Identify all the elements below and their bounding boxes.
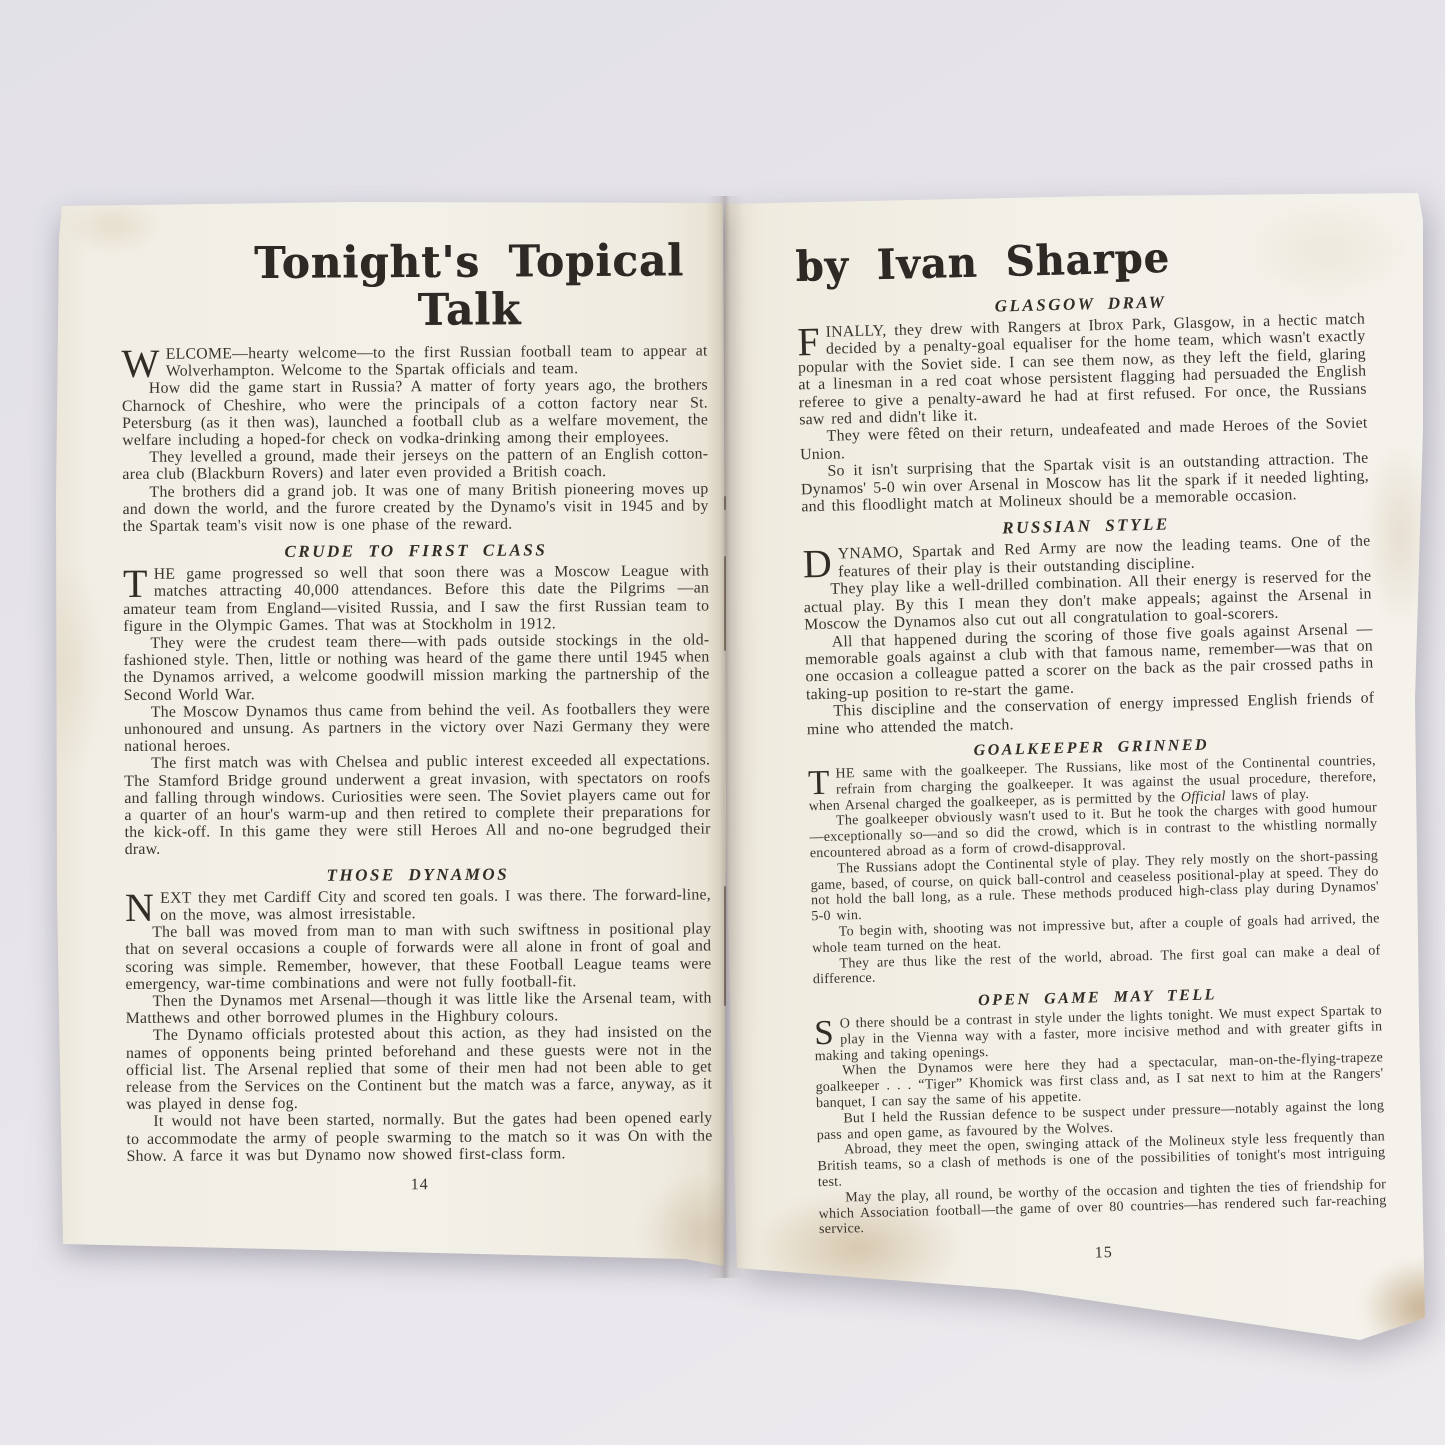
photo-background: by Ivan Sharpe GLASGOW DRAWFINALLY, they… [0,0,1445,1445]
dropcap-letter: T [808,767,836,797]
section-heading: GOALKEEPER GRINNED [807,731,1375,765]
paragraph: To begin with, shooting was not impressi… [812,911,1381,956]
paragraph: THE same with the goalkeeper. The Russia… [808,753,1377,814]
paragraph: All that happened during the scoring of … [805,620,1375,703]
page-title-left: Tonight's Topical Talk [121,237,708,336]
stain [63,198,163,253]
paragraph: NEXT they met Cardiff City and scored te… [125,886,711,924]
section-heading: GLASGOW DRAW [796,288,1364,322]
stitch-mark [724,556,726,651]
paragraph: They were the crudest team there—with pa… [123,631,709,703]
stain [55,558,105,778]
paragraph: Then the Dynamos met Arsenal—though it w… [126,989,712,1027]
paragraph: When the Dynamos were here they had a sp… [815,1051,1384,1112]
section-heading: OPEN GAME MAY TELL [813,981,1381,1015]
left-page-content: Tonight's Topical Talk WELCOME—hearty we… [121,240,713,1195]
stitch-mark [724,496,726,510]
right-page-sections: GLASGOW DRAWFINALLY, they drew with Rang… [796,288,1387,1239]
paragraph: The Dynamo officials protested about thi… [126,1024,713,1114]
article-section: OPEN GAME MAY TELLSO there should be a c… [813,981,1387,1238]
stain [753,1190,963,1305]
article-section: GLASGOW DRAWFINALLY, they drew with Rang… [796,288,1369,516]
paragraph: So it isn't surprising that the Spartak … [800,450,1369,516]
right-page-wrap: by Ivan Sharpe GLASGOW DRAWFINALLY, they… [0,0,1445,1445]
paragraph: It would not have been started, normally… [126,1110,712,1165]
page-number-right: 15 [820,1238,1388,1270]
paragraph: This discipline and the conservation of … [806,690,1375,739]
article-section: GOALKEEPER GRINNEDTHE same with the goal… [807,731,1381,988]
paragraph: The Moscow Dynamos thus came from behind… [124,700,710,755]
article-section: THOSE DYNAMOSNEXT they met Cardiff City … [125,863,713,1165]
right-page-content: by Ivan Sharpe GLASGOW DRAWFINALLY, they… [795,232,1388,1270]
article-section: CRUDE TO FIRST CLASSTHE game progressed … [123,540,711,859]
dropcap-letter: S [814,1017,840,1047]
paragraph: They play like a well-drilled combinatio… [803,568,1372,634]
paragraph: The goalkeeper obviously wasn't used to … [809,801,1378,862]
right-page: by Ivan Sharpe GLASGOW DRAWFINALLY, they… [723,190,1425,1345]
paragraph: They were fêted on their return, undeafe… [799,415,1368,464]
stain [1243,200,1413,300]
stain [1365,440,1425,630]
section-heading: CRUDE TO FIRST CLASS [123,540,709,564]
dropcap-letter: D [802,546,838,580]
dropcap-letter: N [125,889,160,922]
paragraph: But I held the Russian defence to be sus… [816,1098,1385,1143]
stain [1363,1260,1425,1345]
dropcap-letter: W [122,346,166,379]
left-page-sections: WELCOME—hearty welcome—to the first Russ… [122,342,713,1165]
left-page: Tonight's Topical Talk WELCOME—hearty we… [55,198,727,1270]
paragraph: FINALLY, they drew with Rangers at Ibrox… [797,311,1367,429]
spine-crease [706,196,744,1278]
page-number-left: 14 [127,1174,713,1196]
paragraph: The first match was with Chelsea and pub… [124,752,711,859]
paragraph: The Russians adopt the Continental style… [810,848,1379,925]
article-section: WELCOME—hearty welcome—to the first Russ… [122,342,709,535]
page-title-right: by Ivan Sharpe [795,230,1364,292]
dropcap-letter: F [797,324,826,358]
paragraph: How did the game start in Russia? A matt… [122,377,708,449]
paragraph: May the play, all round, be worthy of th… [818,1177,1387,1238]
section-heading: RUSSIAN STYLE [802,510,1370,544]
article-section: RUSSIAN STYLEDYNAMO, Spartak and Red Arm… [802,510,1375,738]
stain [640,1173,727,1270]
section-heading: THOSE DYNAMOS [125,863,711,887]
dropcap-letter: T [123,566,154,599]
left-page-wrap: Tonight's Topical Talk WELCOME—hearty we… [0,0,1445,1445]
paragraph: They are thus like the rest of the world… [812,943,1381,988]
paragraph: SO there should be a contrast in style u… [814,1003,1383,1064]
paragraph: THE game progressed so well that soon th… [123,563,709,635]
paragraph: The brothers did a grand job. It was one… [122,480,708,535]
paragraph: WELCOME—hearty welcome—to the first Russ… [122,342,708,380]
paragraph: They levelled a ground, made their jerse… [122,446,708,484]
paragraph: The ball was moved from man to man with … [125,921,711,993]
paragraph: DYNAMO, Spartak and Red Army are now the… [802,533,1371,582]
paragraph: Abroad, they meet the open, swinging att… [817,1130,1386,1191]
stitch-mark [724,886,726,1006]
